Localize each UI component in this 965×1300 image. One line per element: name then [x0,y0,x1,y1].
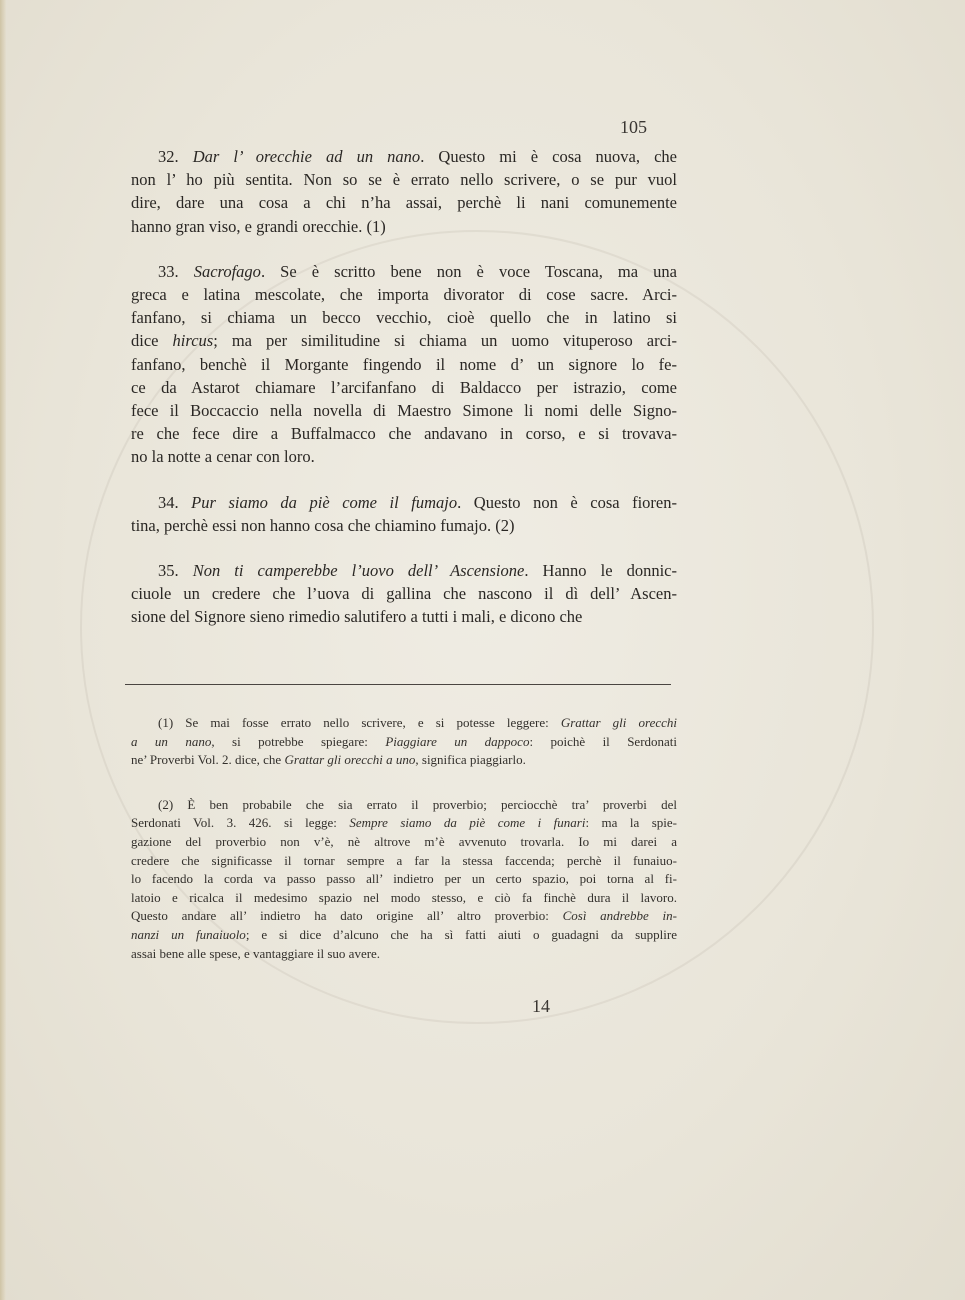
text-line: gazione del proverbio non v’è, nè altrov… [131,833,677,852]
italic-phrase: Sempre siamo da piè come i funari [349,815,585,830]
text-run: , significa piaggiarlo. [415,752,525,767]
text-line: credere che significasse il tornar sempr… [131,852,677,871]
text-line: ciuole un credere che l’uova di gallina … [131,582,677,605]
italic-phrase: Sacrofago [194,262,261,281]
text-line: Questo andare all’ indietro ha dato orig… [131,907,677,926]
text-line: no la notte a cenar con loro. [131,445,677,468]
text-line: (1) Se mai fosse errato nello scrivere, … [131,714,677,733]
text-line: (2) È ben probabile che sia errato il pr… [131,796,677,815]
text-run: non l’ ho più sentita. Non so se è errat… [131,170,677,189]
text-run: ; ma per similitudine si chiama un uomo … [213,331,677,350]
italic-phrase: hircus [173,331,214,350]
text-line: dice hircus; ma per similitudine si chia… [131,329,677,352]
text-run: 33. [158,262,194,281]
text-run: latoio e ricalca il medesimo spazio nel … [131,890,677,905]
text-line: 34. Pur siamo da piè come il fumajo. Que… [131,491,677,514]
entry-2: 33. Sacrofago. Se è scritto bene non è v… [131,260,677,469]
text-line: greca e latina mescolate, che importa di… [131,283,677,306]
footnotes: (1) Se mai fosse errato nello scrivere, … [131,714,677,989]
text-line: ce da Astarot chiamare l’arcifanfano di … [131,376,677,399]
text-line: hanno gran viso, e grandi orecchie. (1) [131,215,677,238]
text-run: Serdonati Vol. 3. 426. si legge: [131,815,349,830]
text-run: (2) È ben probabile che sia errato il pr… [158,797,677,812]
text-line: assai bene alle spese, e vantaggiare il … [131,945,677,964]
text-line: tina, perchè essi non hanno cosa che chi… [131,514,677,537]
text-run: . Se è scritto bene non è voce Toscana, … [261,262,677,281]
text-run: assai bene alle spese, e vantaggiare il … [131,946,380,961]
text-run: 34. [158,493,191,512]
footnote-1: (1) Se mai fosse errato nello scrivere, … [131,714,677,770]
text-run: dire, dare una cosa a chi n’ha assai, pe… [131,193,677,212]
text-run: greca e latina mescolate, che importa di… [131,285,677,304]
italic-phrase: Così andrebbe in- [563,908,677,923]
entry-1: 32. Dar l’ orecchie ad un nano. Questo m… [131,145,677,238]
italic-phrase: Dar l’ orecchie ad un nano [193,147,420,166]
text-line: lo facendo la corda va passo passo all’ … [131,870,677,889]
entry-3: 34. Pur siamo da piè come il fumajo. Que… [131,491,677,537]
text-run: . Questo mi è cosa nuova, che [420,147,677,166]
text-line: fece il Boccaccio nella novella di Maest… [131,399,677,422]
italic-phrase: Piaggiare un dappoco [385,734,529,749]
italic-phrase: Grattar gli orecchi a uno [284,752,415,767]
text-run: re che fece dire a Buffalmacco che andav… [131,424,677,443]
text-run: no la notte a cenar con loro. [131,447,315,466]
signature-mark: 14 [532,996,550,1017]
italic-phrase: Non ti camperebbe l’uovo dell’ Ascension… [193,561,525,580]
text-line: fanfano, benchè il Morgante fingendo il … [131,353,677,376]
text-line: 33. Sacrofago. Se è scritto bene non è v… [131,260,677,283]
italic-phrase: a un nano [131,734,211,749]
text-run: hanno gran viso, e grandi orecchie. (1) [131,217,386,236]
italic-phrase: Grattar gli orecchi [561,715,677,730]
text-line: a un nano, si potrebbe spiegare: Piaggia… [131,733,677,752]
text-run: lo facendo la corda va passo passo all’ … [131,871,677,886]
text-line: 32. Dar l’ orecchie ad un nano. Questo m… [131,145,677,168]
text-run: sione del Signore sieno rimedio salutife… [131,607,582,626]
italic-phrase: nanzi un funaiuolo [131,927,246,942]
text-run: Questo andare all’ indietro ha dato orig… [131,908,563,923]
entry-4: 35. Non ti camperebbe l’uovo dell’ Ascen… [131,559,677,629]
text-run: . Hanno le donnic- [524,561,677,580]
text-run: (1) Se mai fosse errato nello scrivere, … [158,715,561,730]
text-line: sione del Signore sieno rimedio salutife… [131,605,677,628]
text-run: ce da Astarot chiamare l’arcifanfano di … [131,378,677,397]
text-line: latoio e ricalca il medesimo spazio nel … [131,889,677,908]
text-line: ne’ Proverbi Vol. 2. dice, che Grattar g… [131,751,677,770]
text-run: ciuole un credere che l’uova di gallina … [131,584,677,603]
text-line: non l’ ho più sentita. Non so se è errat… [131,168,677,191]
text-line: re che fece dire a Buffalmacco che andav… [131,422,677,445]
footnote-2: (2) È ben probabile che sia errato il pr… [131,796,677,963]
footnote-divider [125,684,671,685]
text-run: fece il Boccaccio nella novella di Maest… [131,401,677,420]
text-line: dire, dare una cosa a chi n’ha assai, pe… [131,191,677,214]
text-run: 35. [158,561,193,580]
text-run: credere che significasse il tornar sempr… [131,853,677,868]
text-run: , si potrebbe spiegare: [211,734,385,749]
text-run: tina, perchè essi non hanno cosa che chi… [131,516,515,535]
main-text: 32. Dar l’ orecchie ad un nano. Questo m… [131,145,677,651]
text-run: : poichè il Serdonati [529,734,677,749]
text-run: fanfano, benchè il Morgante fingendo il … [131,355,677,374]
text-run: dice [131,331,173,350]
italic-phrase: Pur siamo da piè come il fumajo [191,493,457,512]
page-number: 105 [620,117,647,138]
text-line: Serdonati Vol. 3. 426. si legge: Sempre … [131,814,677,833]
text-run: ne’ Proverbi Vol. 2. dice, che [131,752,284,767]
text-run: . Questo non è cosa fioren- [457,493,677,512]
text-line: nanzi un funaiuolo; e si dice d’alcuno c… [131,926,677,945]
book-page: 105 32. Dar l’ orecchie ad un nano. Ques… [0,0,965,1300]
text-line: 35. Non ti camperebbe l’uovo dell’ Ascen… [131,559,677,582]
text-run: 32. [158,147,193,166]
text-run: : ma la spie- [585,815,677,830]
text-run: ; e si dice d’alcuno che ha sì fatti aiu… [246,927,677,942]
text-run: fanfano, si chiama un becco vecchio, cio… [131,308,677,327]
text-run: gazione del proverbio non v’è, nè altrov… [131,834,677,849]
text-line: fanfano, si chiama un becco vecchio, cio… [131,306,677,329]
